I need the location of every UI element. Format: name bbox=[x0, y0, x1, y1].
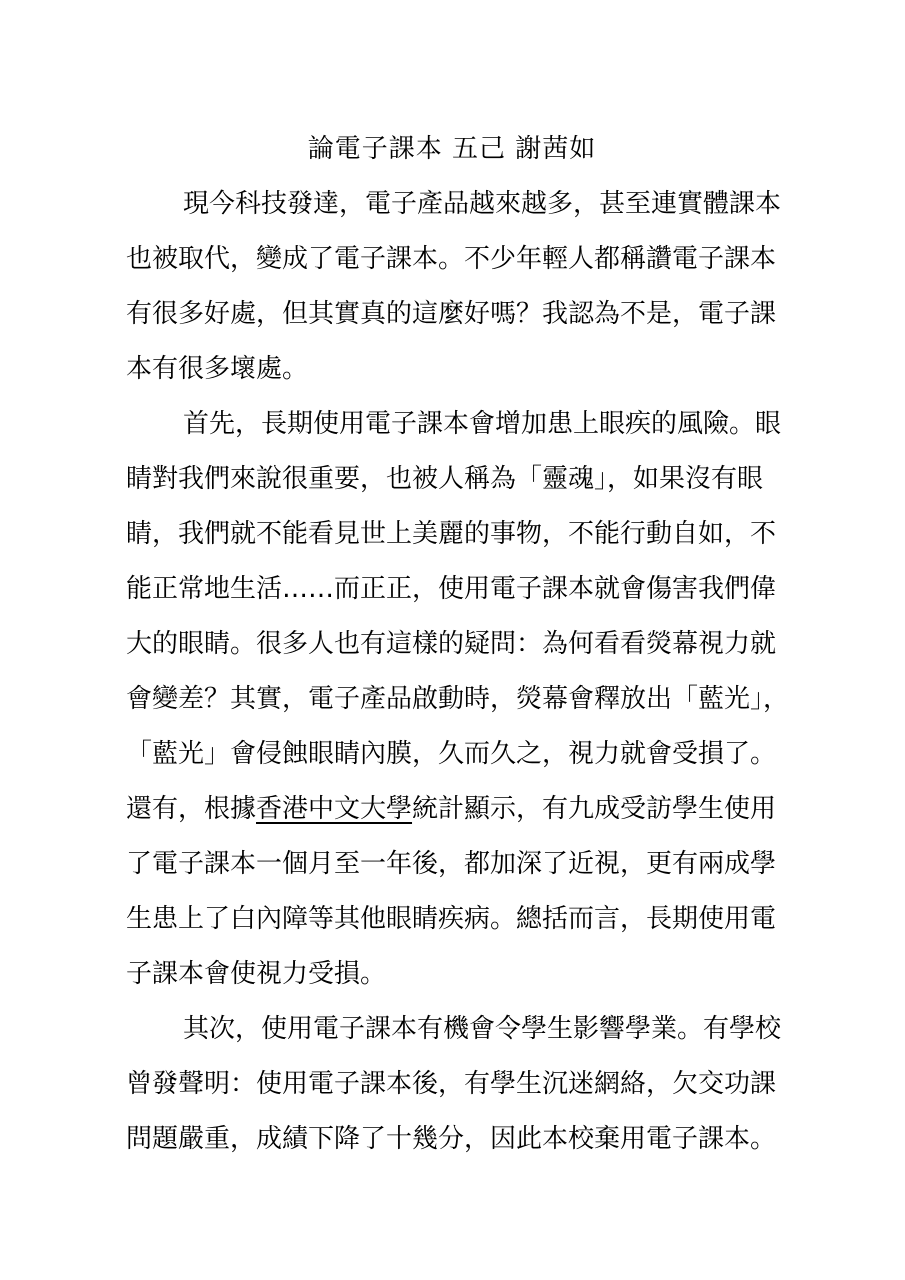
document-title: 論電子課本 五己 謝茜如 bbox=[126, 122, 778, 177]
text-line: 還有，根據香港中文大學統計顯示，有九成受訪學生使用 bbox=[126, 782, 778, 837]
paragraph: 其次，使用電子課本有機會令學生影響學業。有學校曾發聲明：使用電子課本後，有學生沉… bbox=[126, 1002, 778, 1167]
document-body: 現今科技發達，電子產品越來越多，甚至連實體課本也被取代，變成了電子課本。不少年輕… bbox=[126, 177, 778, 1167]
text-line: 有很多好處，但其實真的這麼好嗎？我認為不是，電子課 bbox=[126, 287, 778, 342]
text-line: 子課本會使視力受損。 bbox=[126, 947, 778, 1002]
text-line: 會變差？其實，電子產品啟動時，熒幕會釋放出「藍光」， bbox=[126, 672, 778, 727]
text-line: 曾發聲明：使用電子課本後，有學生沉迷網絡，欠交功課 bbox=[126, 1057, 778, 1112]
text-segment: 還有，根據 bbox=[126, 794, 256, 824]
document-content: 論電子課本 五己 謝茜如 現今科技發達，電子產品越來越多，甚至連實體課本也被取代… bbox=[126, 122, 778, 1167]
text-line: 大的眼睛。很多人也有這樣的疑問：為何看看熒幕視力就 bbox=[126, 617, 778, 672]
paragraph: 首先，長期使用電子課本會增加患上眼疾的風險。眼睛對我們來說很重要，也被人稱為「靈… bbox=[126, 397, 778, 1002]
paragraph: 現今科技發達，電子產品越來越多，甚至連實體課本也被取代，變成了電子課本。不少年輕… bbox=[126, 177, 778, 397]
text-line: 現今科技發達，電子產品越來越多，甚至連實體課本 bbox=[126, 177, 778, 232]
text-line: 生患上了白內障等其他眼睛疾病。總括而言，長期使用電 bbox=[126, 892, 778, 947]
text-line: 能正常地生活……而正正，使用電子課本就會傷害我們偉 bbox=[126, 562, 778, 617]
text-line: 問題嚴重，成績下降了十幾分，因此本校棄用電子課本。 bbox=[126, 1112, 778, 1167]
text-line: 了電子課本一個月至一年後，都加深了近視，更有兩成學 bbox=[126, 837, 778, 892]
document-page: 論電子課本 五己 謝茜如 現今科技發達，電子產品越來越多，甚至連實體課本也被取代… bbox=[0, 0, 905, 1280]
text-segment: 統計顯示，有九成受訪學生使用 bbox=[412, 794, 776, 824]
underlined-text: 香港中文大學 bbox=[256, 794, 412, 824]
text-line: 也被取代，變成了電子課本。不少年輕人都稱讚電子課本 bbox=[126, 232, 778, 287]
text-line: 首先，長期使用電子課本會增加患上眼疾的風險。眼 bbox=[126, 397, 778, 452]
text-line: 其次，使用電子課本有機會令學生影響學業。有學校 bbox=[126, 1002, 778, 1057]
text-line: 睛，我們就不能看見世上美麗的事物，不能行動自如，不 bbox=[126, 507, 778, 562]
text-line: 本有很多壞處。 bbox=[126, 342, 778, 397]
text-line: 「藍光」會侵蝕眼睛內膜，久而久之，視力就會受損了。 bbox=[126, 727, 778, 782]
text-line: 睛對我們來說很重要，也被人稱為「靈魂」，如果沒有眼 bbox=[126, 452, 778, 507]
